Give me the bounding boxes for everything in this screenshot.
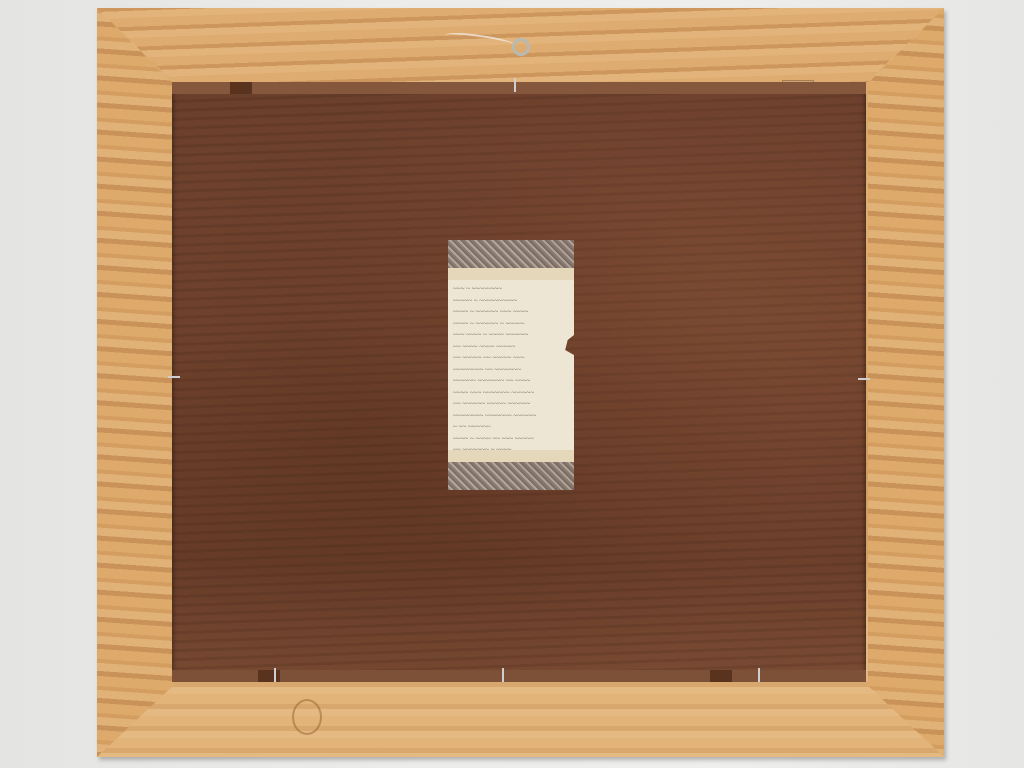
label-handwriting: ~~~ ~ ~~~~~~~~ ~~~~~ ~ ~~~~~~~~~~ ~~~~ ~…: [453, 284, 568, 456]
label-tape-top: [448, 240, 574, 268]
handwriting-line: ~~~~~ ~ ~~~~~~~~~~: [453, 296, 568, 308]
handwriting-line: ~~~~ ~~~ ~~~~~~~ ~~~~~~: [453, 388, 568, 400]
nail-icon: [758, 668, 760, 682]
handwriting-line: ~~~~~~~~ ~~~~~~~ ~~~~~~: [453, 411, 568, 423]
handwriting-line: ~~~~ ~ ~~~~~~ ~ ~~~~~: [453, 319, 568, 331]
nail-icon: [168, 376, 180, 378]
frame-left-stile: [97, 8, 173, 757]
nail-icon: [274, 668, 276, 682]
nail-icon: [514, 78, 516, 92]
wood-knot: [292, 699, 322, 735]
handwriting-line: ~~~ ~~~~ ~ ~~~~ ~~~~~~: [453, 330, 568, 342]
nail-icon: [858, 378, 870, 380]
handwriting-line: ~~~~~~~~ ~~ ~~~~~~~: [453, 365, 568, 377]
screw-eye-hook-icon: [512, 38, 530, 56]
label-stripe-top: [448, 268, 574, 280]
handwriting-line: ~ ~~ ~~~~~~: [453, 422, 568, 434]
retaining-tab: [230, 82, 252, 94]
handwriting-line: ~~ ~~~~~~~ ~ ~~~~: [453, 445, 568, 456]
handwritten-label: ~~~ ~ ~~~~~~~~ ~~~~~ ~ ~~~~~~~~~~ ~~~~ ~…: [448, 240, 574, 490]
retaining-tab: [710, 670, 732, 682]
handwriting-line: ~~ ~~~~~~ ~~~~~ ~~~~~~: [453, 399, 568, 411]
handwriting-line: ~~~~ ~ ~~~~~~ ~~~ ~~~~: [453, 307, 568, 319]
label-tape-bottom: [448, 462, 574, 490]
frame-right-stile: [868, 8, 944, 757]
handwriting-line: ~~~ ~ ~~~~~~~~: [453, 284, 568, 296]
panel-top-edge: [172, 82, 866, 94]
handwriting-line: ~~ ~~~~ ~~~~ ~~~~~: [453, 342, 568, 354]
frame-bottom-rail: [97, 682, 944, 757]
handwriting-line: ~~~~ ~ ~~~~ ~~ ~~~ ~~~~~: [453, 434, 568, 446]
retaining-tab: [258, 670, 280, 682]
handwriting-line: ~~~~~~ ~~~~~~~ ~~ ~~~~: [453, 376, 568, 388]
handwriting-line: ~~ ~~~~~ ~~ ~~~~~ ~~~: [453, 353, 568, 365]
nail-icon: [502, 668, 504, 682]
